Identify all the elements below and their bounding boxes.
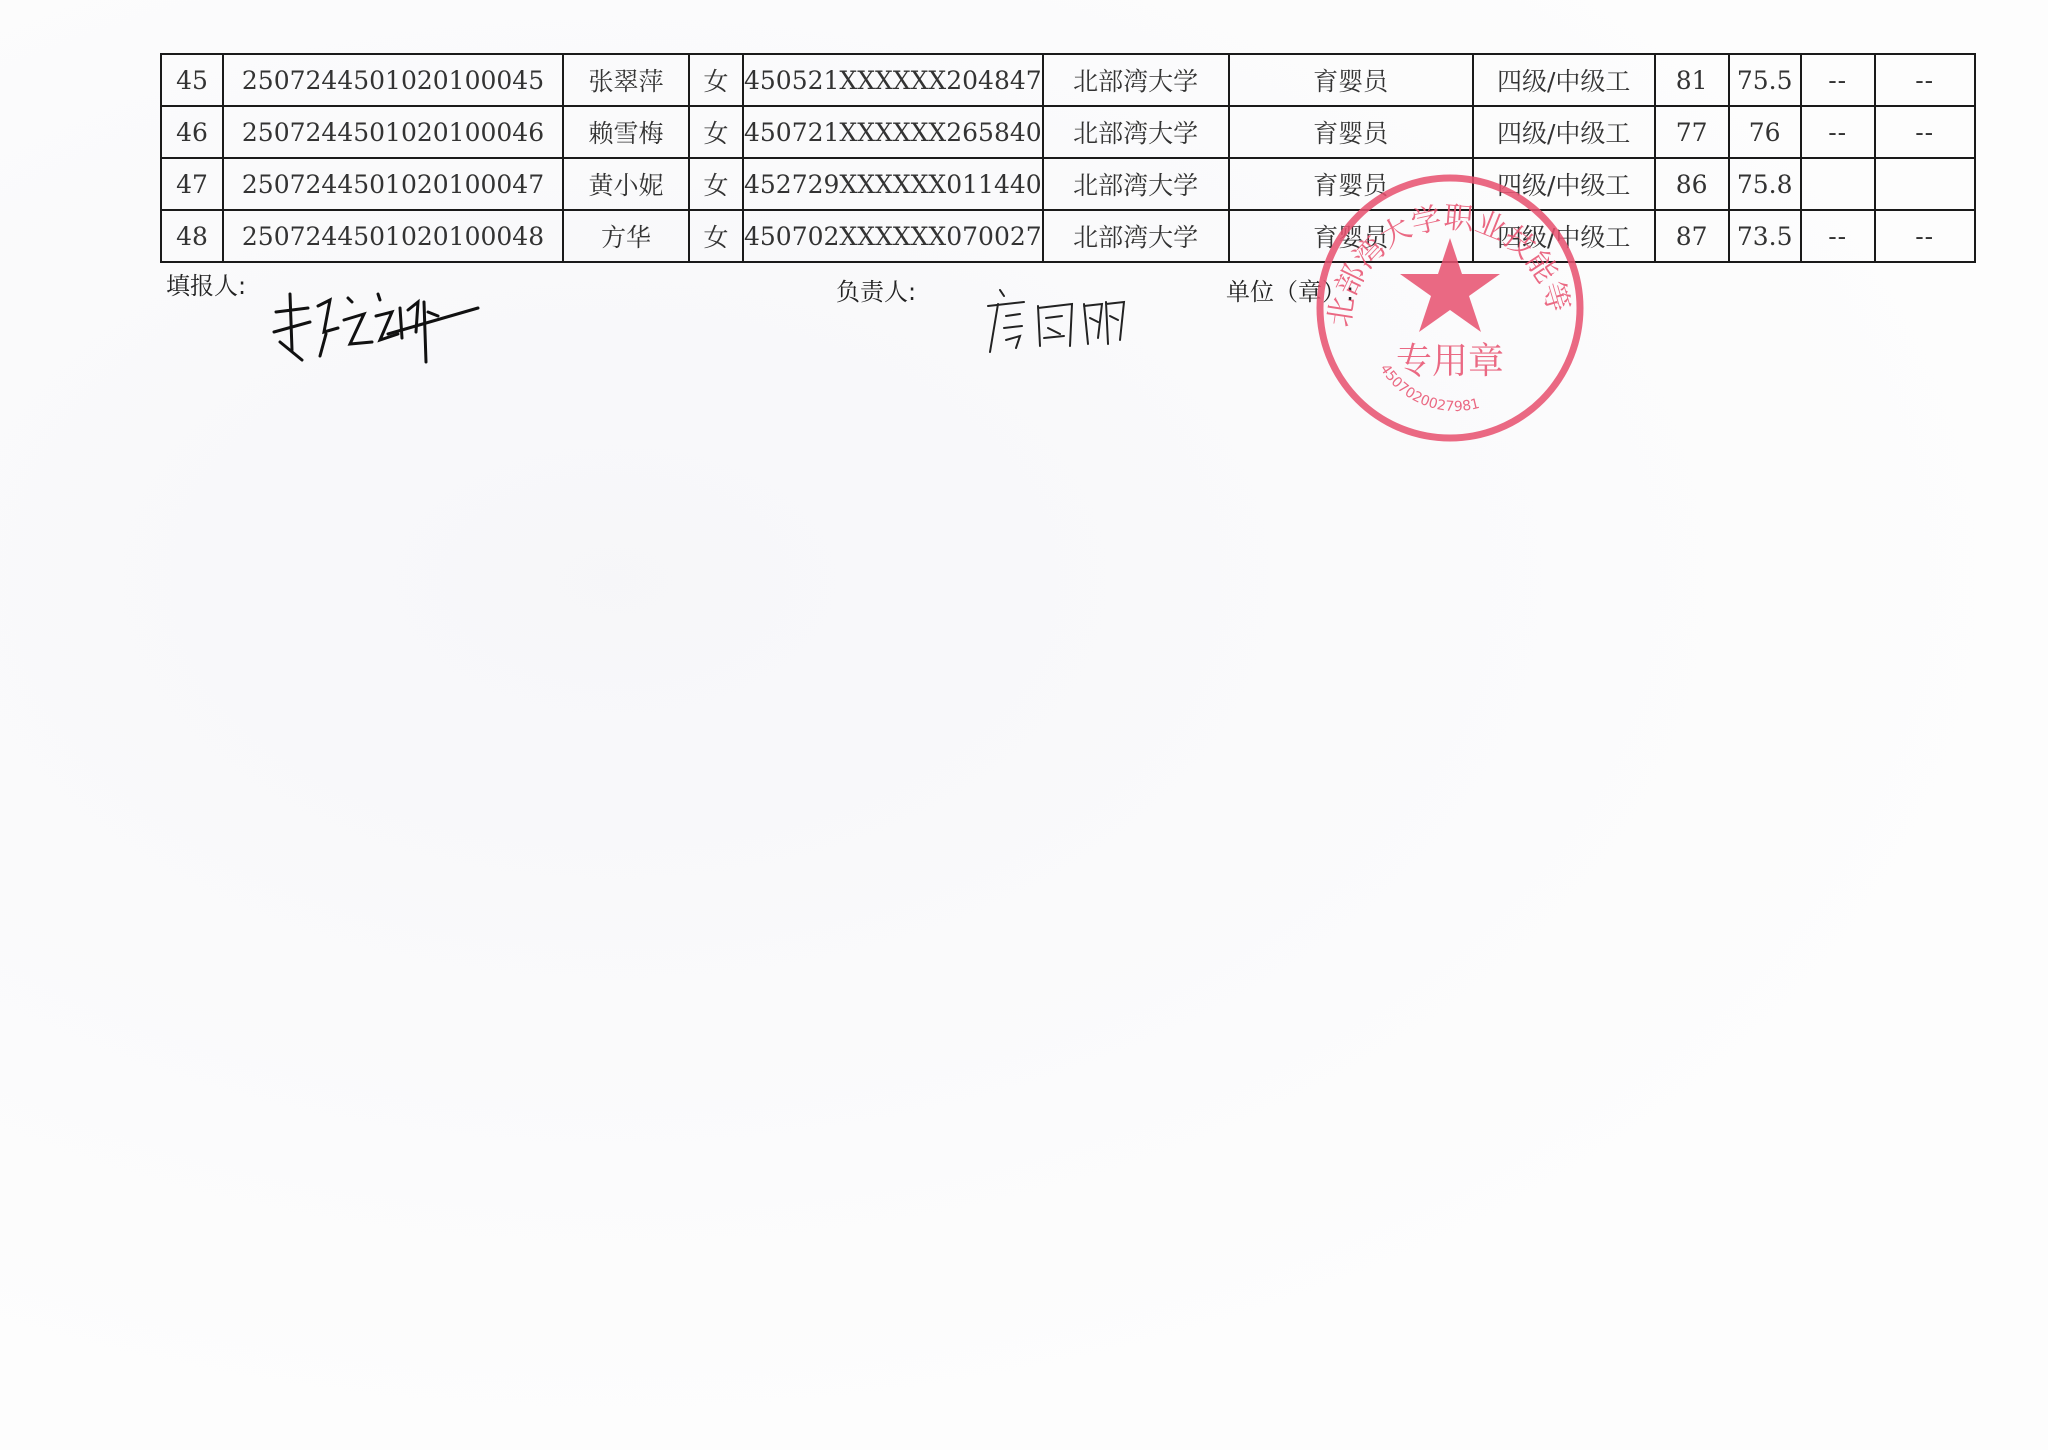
stamp-center-text: 专用章 — [1396, 341, 1504, 382]
table-row: 472507244501020100047黄小妮女452729XXXXXX011… — [161, 158, 1975, 210]
practical-score: 75.8 — [1729, 158, 1801, 210]
work-unit: 北部湾大学 — [1043, 54, 1229, 106]
extra-score-2 — [1875, 158, 1975, 210]
extra-score-2: -- — [1875, 54, 1975, 106]
candidate-name: 方华 — [563, 210, 689, 262]
ticket-number: 2507244501020100047 — [223, 158, 563, 210]
skill-level: 四级/中级工 — [1473, 106, 1655, 158]
id-number: 450521XXXXXX204847 — [743, 54, 1043, 106]
extra-score-2: -- — [1875, 106, 1975, 158]
occupation: 育婴员 — [1229, 54, 1473, 106]
row-number: 48 — [161, 210, 223, 262]
responsible-signature — [980, 282, 1140, 362]
responsible-label: 负责人: — [836, 272, 916, 307]
official-stamp: 北部湾大学职业技能等级认定 专用章 4507020027981 — [1310, 168, 1590, 448]
id-number: 450702XXXXXX070027 — [743, 210, 1043, 262]
candidate-name: 赖雪梅 — [563, 106, 689, 158]
theory-score: 77 — [1655, 106, 1729, 158]
occupation: 育婴员 — [1229, 106, 1473, 158]
table-row: 462507244501020100046赖雪梅女450721XXXXXX265… — [161, 106, 1975, 158]
extra-score-2: -- — [1875, 210, 1975, 262]
table-row: 452507244501020100045张翠萍女450521XXXXXX204… — [161, 54, 1975, 106]
practical-score: 76 — [1729, 106, 1801, 158]
table-row: 482507244501020100048方华女450702XXXXXX0700… — [161, 210, 1975, 262]
gender: 女 — [689, 54, 743, 106]
extra-score-1: -- — [1801, 54, 1875, 106]
work-unit: 北部湾大学 — [1043, 210, 1229, 262]
candidate-table: 452507244501020100045张翠萍女450521XXXXXX204… — [160, 53, 1976, 263]
ticket-number: 2507244501020100045 — [223, 54, 563, 106]
id-number: 452729XXXXXX011440 — [743, 158, 1043, 210]
ticket-number: 2507244501020100046 — [223, 106, 563, 158]
extra-score-1: -- — [1801, 106, 1875, 158]
star-icon — [1400, 238, 1500, 332]
ticket-number: 2507244501020100048 — [223, 210, 563, 262]
gender: 女 — [689, 158, 743, 210]
practical-score: 75.5 — [1729, 54, 1801, 106]
filler-label: 填报人: — [166, 266, 246, 301]
gender: 女 — [689, 106, 743, 158]
extra-score-1: -- — [1801, 210, 1875, 262]
theory-score: 87 — [1655, 210, 1729, 262]
theory-score: 86 — [1655, 158, 1729, 210]
work-unit: 北部湾大学 — [1043, 158, 1229, 210]
skill-level: 四级/中级工 — [1473, 54, 1655, 106]
row-number: 47 — [161, 158, 223, 210]
work-unit: 北部湾大学 — [1043, 106, 1229, 158]
row-number: 46 — [161, 106, 223, 158]
candidate-name: 黄小妮 — [563, 158, 689, 210]
row-number: 45 — [161, 54, 223, 106]
candidate-name: 张翠萍 — [563, 54, 689, 106]
filler-signature — [268, 272, 488, 372]
practical-score: 73.5 — [1729, 210, 1801, 262]
gender: 女 — [689, 210, 743, 262]
extra-score-1 — [1801, 158, 1875, 210]
theory-score: 81 — [1655, 54, 1729, 106]
id-number: 450721XXXXXX265840 — [743, 106, 1043, 158]
